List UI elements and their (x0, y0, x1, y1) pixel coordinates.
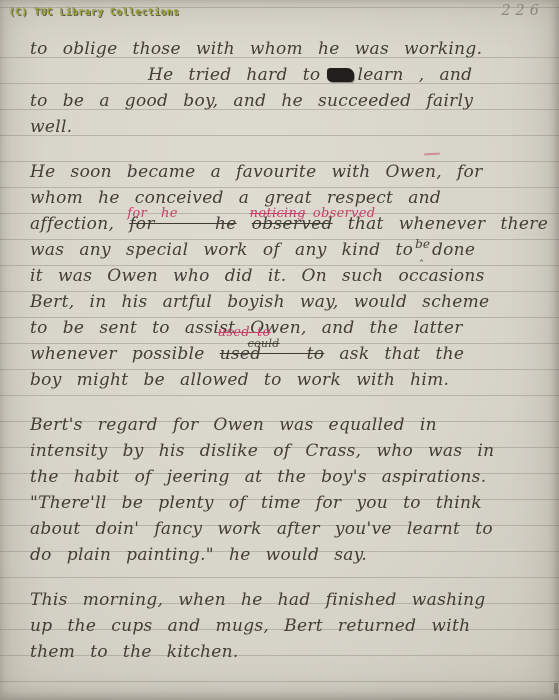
manuscript-line: affection, for hefor he noticing observe… (30, 211, 549, 237)
handwritten-text: ask that the (324, 344, 464, 364)
handwritten-text: well. (30, 117, 72, 137)
manuscript-line: well. (30, 114, 549, 140)
ink-blot (327, 68, 354, 82)
handwritten-text: about doin' fancy work after you've lear… (30, 519, 493, 539)
correction-above: for he (127, 208, 177, 219)
handwritten-text: "There'll be plenty of time for you to t… (30, 493, 482, 513)
manuscript-line: do plain painting." he would say. (30, 542, 549, 568)
handwritten-text: them to the kitchen. (30, 642, 239, 662)
inserted-word: be (415, 231, 430, 257)
handwritten-text: learn , and (357, 65, 472, 85)
handwritten-text: to oblige those with whom he was working… (30, 39, 482, 59)
watermark: (C) TUC Library Collections (9, 7, 180, 18)
manuscript-line: He tried hard tolearn , and (30, 62, 549, 88)
annotated-word: used tocouldused to (220, 341, 325, 367)
manuscript-line: them to the kitchen. (30, 639, 549, 665)
handwritten-text: affection, (30, 214, 129, 234)
annotated-word: for hefor he (129, 211, 236, 237)
manuscript-line: about doin' fancy work after you've lear… (30, 516, 549, 542)
correction-above: used tocould (218, 327, 280, 349)
manuscript-line: Bert, in his artful boyish way, would sc… (30, 289, 549, 315)
manuscript-page: (C) TUC Library Collections 226 to oblig… (0, 0, 559, 700)
handwritten-text: to be a good boy, and he succeeded fairl… (30, 91, 473, 111)
handwritten-text: Bert's regard for Owen was equalled in (30, 415, 437, 435)
correction-above: noticing observed (250, 208, 376, 219)
paragraph: Bert's regard for Owen was equalled inin… (30, 412, 549, 568)
handwritten-text: do plain painting." he would say. (30, 545, 367, 565)
manuscript-line: Bert's regard for Owen was equalled in (30, 412, 549, 438)
handwritten-text: done (432, 240, 475, 260)
handwritten-text: He soon became a favourite with Owen, fo… (30, 162, 483, 182)
annotated-word: noticing observedobserved (252, 211, 333, 237)
handwritten-text: whenever possible (30, 344, 220, 364)
struck-word: could (248, 337, 280, 350)
manuscript-line: it was Owen who did it. On such occasion… (30, 263, 549, 289)
handwritten-text: the habit of jeering at the boy's aspira… (30, 467, 486, 487)
manuscript-line: to be sent to assist Owen, and the latte… (30, 315, 549, 341)
paragraph: This morning, when he had finished washi… (30, 587, 549, 665)
red-ink-correction: for he (127, 206, 177, 221)
handwritten-text: He tried hard to (148, 65, 320, 85)
handwritten-text: This morning, when he had finished washi… (30, 590, 486, 610)
edge-mark (554, 683, 558, 694)
manuscript-line: the habit of jeering at the boy's aspira… (30, 464, 549, 490)
manuscript-line: whenever possible used tocouldused to as… (30, 341, 549, 367)
manuscript-line: "There'll be plenty of time for you to t… (30, 490, 549, 516)
handwritten-text: it was Owen who did it. On such occasion… (30, 266, 485, 286)
manuscript-line: He soon became a favourite with Owen, fo… (30, 159, 549, 185)
handwritten-text: intensity by his dislike of Crass, who w… (30, 441, 494, 461)
paragraph: to oblige those with whom he was working… (30, 36, 549, 140)
page-number: 226 (501, 3, 544, 19)
manuscript-line: to be a good boy, and he succeeded fairl… (30, 88, 549, 114)
handwritten-text: Bert, in his artful boyish way, would sc… (30, 292, 489, 312)
manuscript-line: to oblige those with whom he was working… (30, 36, 549, 62)
manuscript-line: intensity by his dislike of Crass, who w… (30, 438, 549, 464)
red-ink-correction: observed (313, 206, 376, 221)
manuscript-line: This morning, when he had finished washi… (30, 587, 549, 613)
manuscript-text: to oblige those with whom he was working… (30, 36, 549, 684)
manuscript-line: was any special work of any kind tobedon… (30, 237, 549, 263)
handwritten-text: up the cups and mugs, Bert returned with (30, 616, 470, 636)
manuscript-line: boy might be allowed to work with him. (30, 367, 549, 393)
paragraph: He soon became a favourite with Owen, fo… (30, 159, 549, 393)
handwritten-text: whom he conceived a great respect and (30, 188, 441, 208)
manuscript-line: up the cups and mugs, Bert returned with (30, 613, 549, 639)
handwritten-text: was any special work of any kind to (30, 240, 413, 260)
handwritten-text: boy might be allowed to work with him. (30, 370, 449, 390)
red-ink-struck-word: noticing (250, 206, 306, 221)
